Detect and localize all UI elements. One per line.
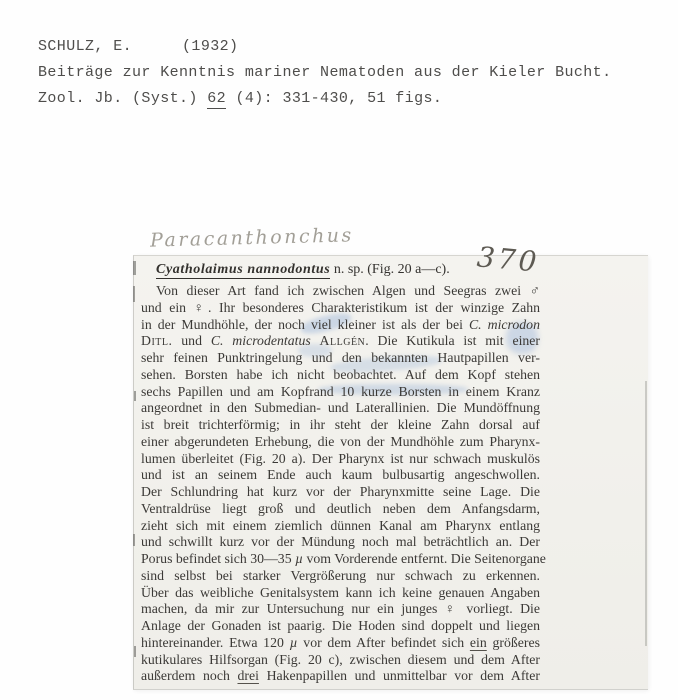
- body-line: sehr feinen Punktringelung und den bekan…: [141, 350, 540, 367]
- edge-fragment: [133, 286, 135, 302]
- body-line: in der Mundhöhle, der noch viel kleiner …: [141, 317, 540, 334]
- species-name: Cyatholaimus nannodontus: [156, 262, 330, 279]
- body-line: und ist an seinem Ende auch kaum bulbusa…: [141, 467, 540, 484]
- body-line: einer abgerundeten Erhebung, die von der…: [141, 434, 540, 451]
- body-line: Über das weibliche Genitalsystem kann ic…: [141, 585, 540, 602]
- body-line: außerdem noch drei Hakenpapillen und unm…: [141, 668, 540, 685]
- citation-volume: 62: [207, 90, 226, 109]
- body-line: sechs Papillen und am Kopfrand 10 kurze …: [141, 384, 540, 401]
- handwritten-page-number: 370: [476, 240, 541, 278]
- edge-fragment: [133, 534, 135, 546]
- body-line: Von dieser Art fand ich zwischen Algen u…: [141, 283, 540, 300]
- body-line: sehen. Borsten habe ich nicht beobachtet…: [141, 367, 540, 384]
- body-line: kutikulares Hilfsorgan (Fig. 20 c), zwis…: [141, 652, 540, 669]
- body-line: Porus befindet sich 30—35 µ vom Vorderen…: [141, 551, 540, 568]
- citation-journal-prefix: Zool. Jb. (Syst.): [38, 90, 207, 107]
- body-line: lumen überleitet (Fig. 20 a). Der Pharyn…: [141, 451, 540, 468]
- species-heading-rest: n. sp. (Fig. 20 a—c).: [330, 262, 449, 277]
- edge-fragment: [134, 646, 136, 657]
- body-text: Von dieser Art fand ich zwischen Algen u…: [141, 283, 540, 685]
- edge-fragment: [134, 391, 136, 401]
- body-line: und schwillt kurz vor der Mündung noch m…: [141, 534, 540, 551]
- body-line: Anlage der Gonaden ist paarig. Die Hoden…: [141, 618, 540, 635]
- body-line: und ein ♀. Ihr besonderes Charakteristik…: [141, 300, 540, 317]
- body-line: ist breit trichterförmig; in ihr steht d…: [141, 417, 540, 434]
- citation-title: Beiträge zur Kenntnis mariner Nematoden …: [38, 60, 638, 86]
- body-line: hintereinander. Etwa 120 µ vor dem After…: [141, 635, 540, 652]
- body-line: angeordnet in den Submedian- und Lateral…: [141, 400, 540, 417]
- citation-journal-line: Zool. Jb. (Syst.) 62 (4): 331-430, 51 fi…: [38, 86, 638, 112]
- citation-author: SCHULZ, E.: [38, 38, 132, 55]
- clipping: Cyatholaimus nannodontus n. sp. (Fig. 20…: [133, 255, 648, 690]
- clipping-right-edge: [645, 381, 647, 646]
- body-line: Ventraldrüse liegt groß und deutlich neb…: [141, 501, 540, 518]
- body-line: sind selbst bei starker Vergrößerung nur…: [141, 568, 540, 585]
- citation-author-line: SCHULZ, E.(1932): [38, 34, 638, 60]
- citation-block: SCHULZ, E.(1932) Beiträge zur Kenntnis m…: [38, 34, 638, 112]
- species-heading: Cyatholaimus nannodontus n. sp. (Fig. 20…: [142, 262, 626, 278]
- body-line: Der Schlundring hat kurz vor der Pharynx…: [141, 484, 540, 501]
- body-line: machen, da mir zur Untersuchung nur ein …: [141, 601, 540, 618]
- handwritten-genus-annotation: Paracanthonchus: [150, 224, 354, 251]
- body-line: zieht sich mit einem ziemlich dünnen Kan…: [141, 518, 540, 535]
- citation-year: (1932): [182, 38, 238, 55]
- edge-fragment: [133, 261, 136, 275]
- citation-journal-suffix: (4): 331-430, 51 figs.: [226, 90, 442, 107]
- body-line: Ditl. und C. microdentatus Allgén. Die K…: [141, 333, 540, 350]
